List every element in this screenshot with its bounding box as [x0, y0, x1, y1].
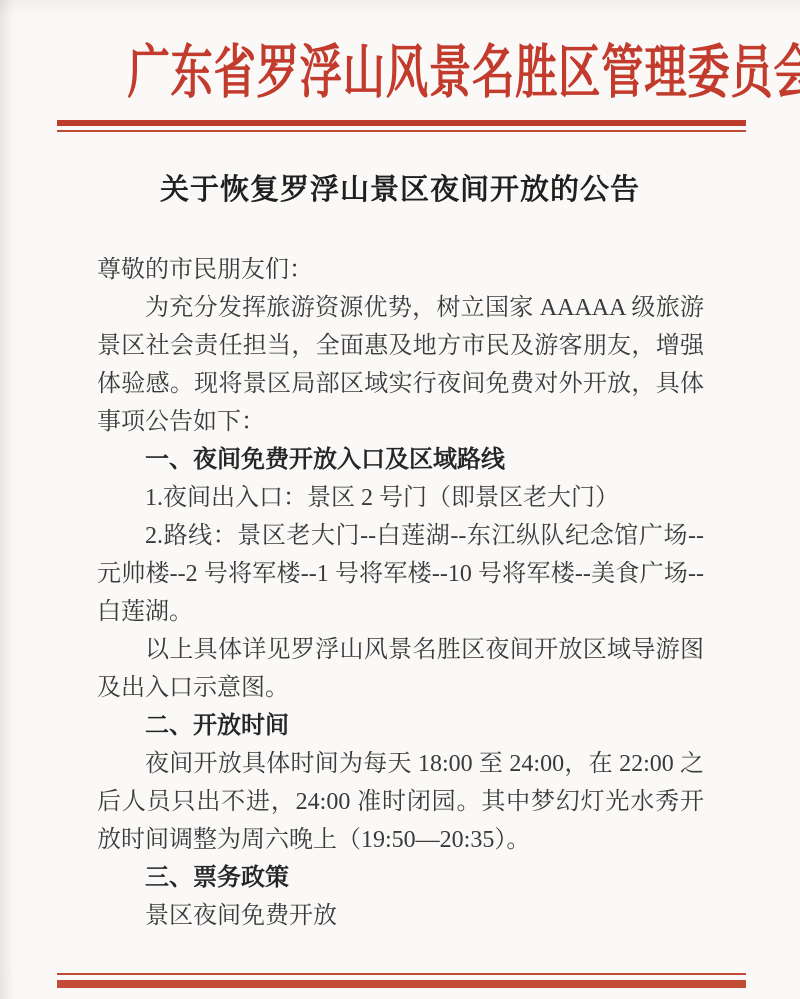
footer-rule-thick-line — [57, 980, 746, 988]
header-double-rule — [57, 120, 746, 132]
footer-rule-thin-line — [57, 973, 746, 975]
section-1-heading: 一、夜间免费开放入口及区域路线 — [97, 441, 704, 479]
section-1-item-entrance: 1.夜间出入口：景区 2 号门（即景区老大门） — [97, 479, 704, 517]
header-rule-thick-line — [57, 120, 746, 126]
section-2-paragraph: 夜间开放具体时间为每天 18:00 至 24:00，在 22:00 之后人员只出… — [97, 745, 704, 859]
announcement-document: 广东省罗浮山风景名胜区管理委员会 关于恢复罗浮山景区夜间开放的公告 尊敬的市民朋… — [0, 0, 800, 999]
section-3-paragraph: 景区夜间免费开放 — [97, 897, 704, 935]
letterhead-org-name-text: 广东省罗浮山风景名胜区管理委员会 — [127, 40, 800, 106]
section-1-item-route: 2.路线：景区老大门--白莲湖--东江纵队纪念馆广场--元帅楼--2 号将军楼-… — [97, 517, 704, 631]
document-body: 尊敬的市民朋友们： 为充分发挥旅游资源优势，树立国家 AAAAA 级旅游景区社会… — [97, 251, 704, 935]
header-rule-thin-line — [57, 130, 746, 132]
section-1-note: 以上具体详见罗浮山风景名胜区夜间开放区域导游图及出入口示意图。 — [97, 631, 704, 707]
salutation: 尊敬的市民朋友们： — [97, 251, 704, 289]
document-title: 关于恢复罗浮山景区夜间开放的公告 — [0, 172, 800, 208]
footer-double-rule — [57, 973, 746, 988]
section-2-heading: 二、开放时间 — [97, 707, 704, 745]
letterhead-org-name: 广东省罗浮山风景名胜区管理委员会 — [0, 40, 800, 106]
section-3-heading: 三、票务政策 — [97, 859, 704, 897]
intro-paragraph: 为充分发挥旅游资源优势，树立国家 AAAAA 级旅游景区社会责任担当，全面惠及地… — [97, 289, 704, 441]
